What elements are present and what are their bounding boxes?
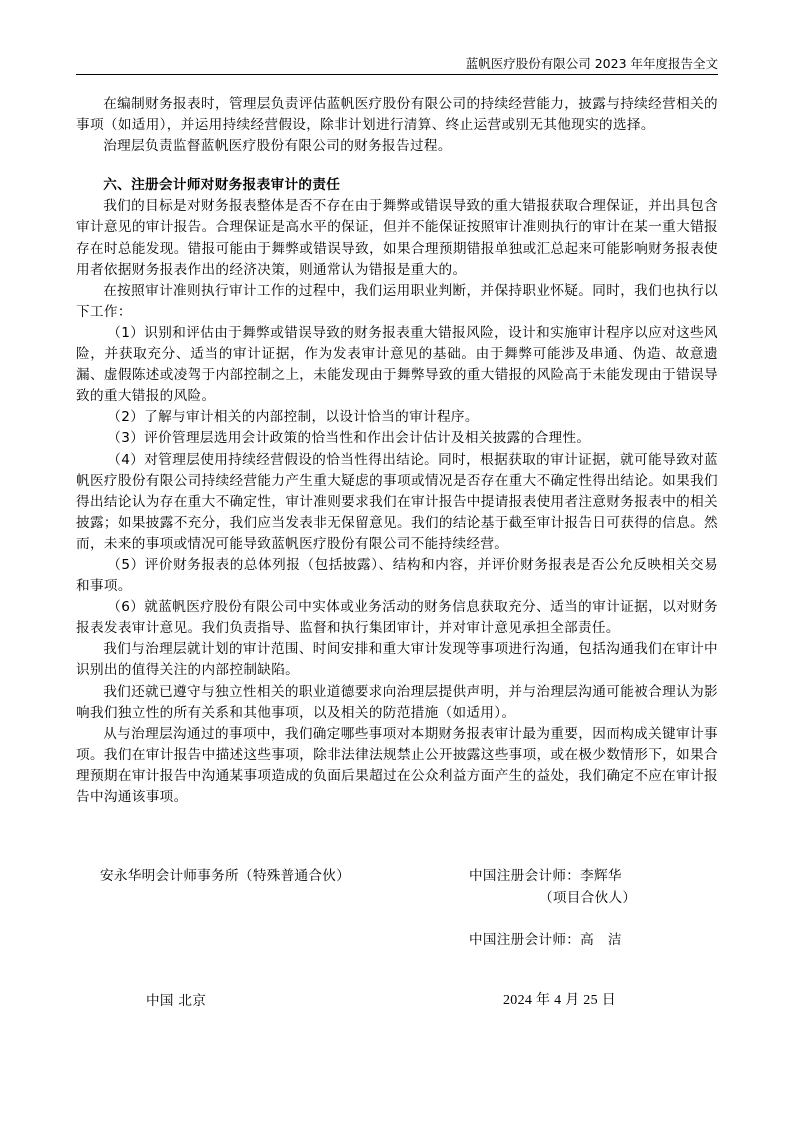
document-body: 在编制财务报表时，管理层负责评估蓝帆医疗股份有限公司的持续经营能力，披露与持续经… [76, 94, 718, 808]
paragraph-audit-work-intro: 在按照审计准则执行审计工作的过程中，我们运用职业判断，并保持职业怀疑。同时，我们… [76, 281, 718, 323]
list-item-5: （5）评价财务报表的总体列报（包括披露）、结构和内容，并评价财务报表是否公允反映… [76, 555, 718, 597]
paragraph-communication: 我们与治理层就计划的审计范围、时间安排和重大审计发现等事项进行沟通，包括沟通我们… [76, 639, 718, 681]
paragraph-audit-objective: 我们的目标是对财务报表整体是否不存在由于舞弊或错误导致的重大错报获取合理保证，并… [76, 196, 718, 280]
paragraph-governance-responsibility: 治理层负责监督蓝帆医疗股份有限公司的财务报告过程。 [76, 136, 718, 157]
signature-cpa-1: 中国注册会计师：李辉华 [469, 866, 622, 886]
list-item-1: （1）识别和评估由于舞弊或错误导致的财务报表重大错报风险，设计和实施审计程序以应… [76, 323, 718, 407]
signature-place: 中国 北京 [146, 991, 206, 1011]
list-item-6: （6）就蓝帆医疗股份有限公司中实体或业务活动的财务信息获取充分、适当的审计证据，… [76, 597, 718, 639]
paragraph-independence: 我们还就已遵守与独立性相关的职业道德要求向治理层提供声明，并与治理层沟通可能被合… [76, 682, 718, 724]
signature-date: 2024 年 4 月 25 日 [503, 991, 616, 1011]
paragraph-key-audit-matters: 从与治理层沟通过的事项中，我们确定哪些事项对本期财务报表审计最为重要，因而构成关… [76, 724, 718, 808]
paragraph-management-responsibility: 在编制财务报表时，管理层负责评估蓝帆医疗股份有限公司的持续经营能力，披露与持续经… [76, 94, 718, 136]
signature-cpa-2: 中国注册会计师：高 洁 [469, 930, 622, 950]
list-item-3: （3）评价管理层选用会计政策的恰当性和作出会计估计及相关披露的合理性。 [76, 428, 718, 449]
header-title: 蓝帆医疗股份有限公司 2023 年年度报告全文 [466, 56, 718, 71]
section-heading-auditor-responsibility: 六、注册会计师对财务报表审计的责任 [76, 175, 718, 196]
page-header: 蓝帆医疗股份有限公司 2023 年年度报告全文 [76, 55, 718, 75]
signature-cpa-1-role: （项目合伙人） [539, 888, 636, 908]
list-item-2: （2）了解与审计相关的内部控制，以设计恰当的审计程序。 [76, 407, 718, 428]
list-item-4: （4）对管理层使用持续经营假设的恰当性得出结论。同时，根据获取的审计证据，就可能… [76, 450, 718, 555]
signature-firm: 安永华明会计师事务所（特殊普通合伙） [100, 866, 350, 886]
